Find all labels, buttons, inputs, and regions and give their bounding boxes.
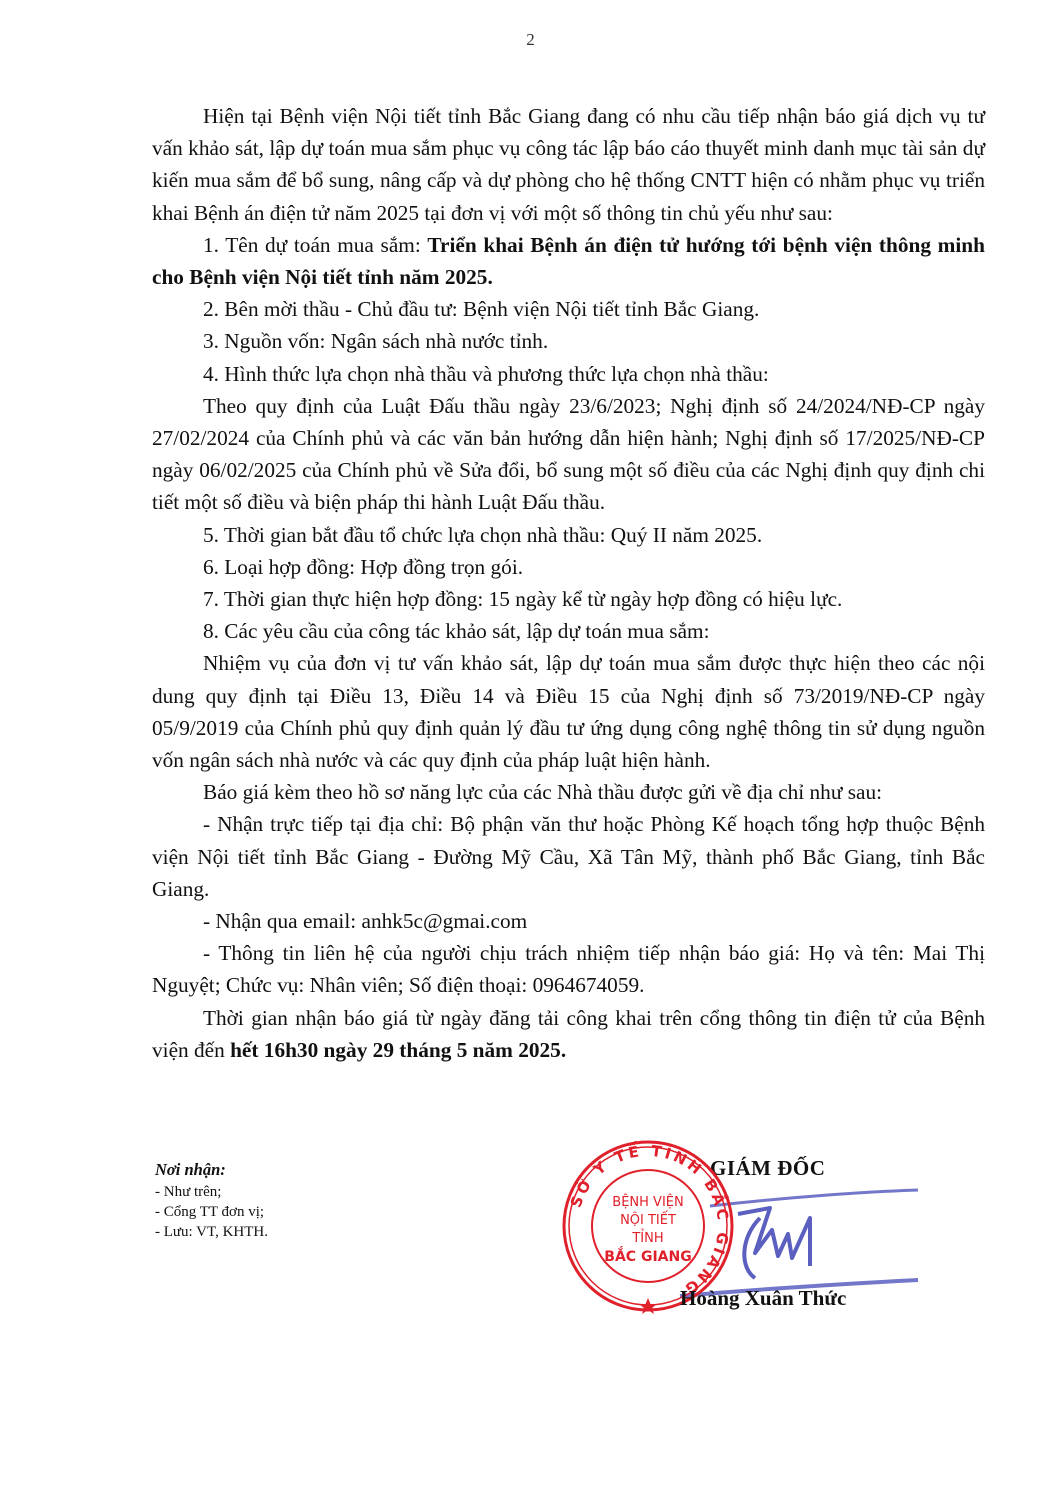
submission-email: - Nhận qua email: anhk5c@gmai.com (152, 905, 985, 937)
item-3: 3. Nguồn vốn: Ngân sách nhà nước tỉnh. (152, 325, 985, 357)
item-2: 2. Bên mời thầu - Chủ đầu tư: Bệnh viện … (152, 293, 985, 325)
deadline-value: hết 16h30 ngày 29 tháng 5 năm 2025. (230, 1038, 566, 1062)
item-6: 6. Loại hợp đồng: Hợp đồng trọn gói. (152, 551, 985, 583)
stamp-line-2: NỘI TIẾT (620, 1211, 676, 1228)
signature-block: GIÁM ĐỐC SỞ Y TẾ TỈNH BẮC GIANG BỆNH VIỆ… (560, 1138, 920, 1328)
submission-intro: Báo giá kèm theo hồ sơ năng lực của các … (152, 776, 985, 808)
item-5: 5. Thời gian bắt đầu tổ chức lựa chọn nh… (152, 519, 985, 551)
submission-direct: - Nhận trực tiếp tại địa chỉ: Bộ phận vă… (152, 808, 985, 905)
stamp-line-3: TỈNH (631, 1229, 663, 1246)
document-body: Hiện tại Bệnh viện Nội tiết tỉnh Bắc Gia… (152, 100, 985, 1066)
stamp-line-1: BỆNH VIỆN (612, 1194, 683, 1210)
contact-info: - Thông tin liên hệ của người chịu trách… (152, 937, 985, 1001)
item-8: 8. Các yêu cầu của công tác khảo sát, lậ… (152, 615, 985, 647)
email-label: - Nhận qua email: (203, 909, 362, 933)
item-7: 7. Thời gian thực hiện hợp đồng: 15 ngày… (152, 583, 985, 615)
recipient-item: - Cổng TT đơn vị; (155, 1202, 268, 1222)
deadline: Thời gian nhận báo giá từ ngày đăng tải … (152, 1002, 985, 1066)
star-icon (639, 1298, 657, 1314)
recipients-block: Nơi nhận: - Như trên; - Cổng TT đơn vị; … (155, 1160, 268, 1242)
intro-paragraph: Hiện tại Bệnh viện Nội tiết tỉnh Bắc Gia… (152, 100, 985, 229)
item-4: 4. Hình thức lựa chọn nhà thầu và phương… (152, 358, 985, 390)
recipient-item: - Lưu: VT, KHTH. (155, 1222, 268, 1242)
item-1-label: 1. Tên dự toán mua sắm: (203, 233, 427, 257)
recipient-item: - Như trên; (155, 1182, 268, 1202)
item-1: 1. Tên dự toán mua sắm: Triển khai Bệnh … (152, 229, 985, 293)
stamp-line-4: BẮC GIANG (604, 1246, 691, 1265)
signer-name: Hoàng Xuân Thức (680, 1286, 846, 1311)
item-4-detail: Theo quy định của Luật Đấu thầu ngày 23/… (152, 390, 985, 519)
recipients-title: Nơi nhận: (155, 1160, 268, 1180)
email-address: anhk5c@gmai.com (362, 909, 528, 933)
page-number: 2 (0, 30, 1061, 50)
item-8-detail: Nhiệm vụ của đơn vị tư vấn khảo sát, lập… (152, 647, 985, 776)
